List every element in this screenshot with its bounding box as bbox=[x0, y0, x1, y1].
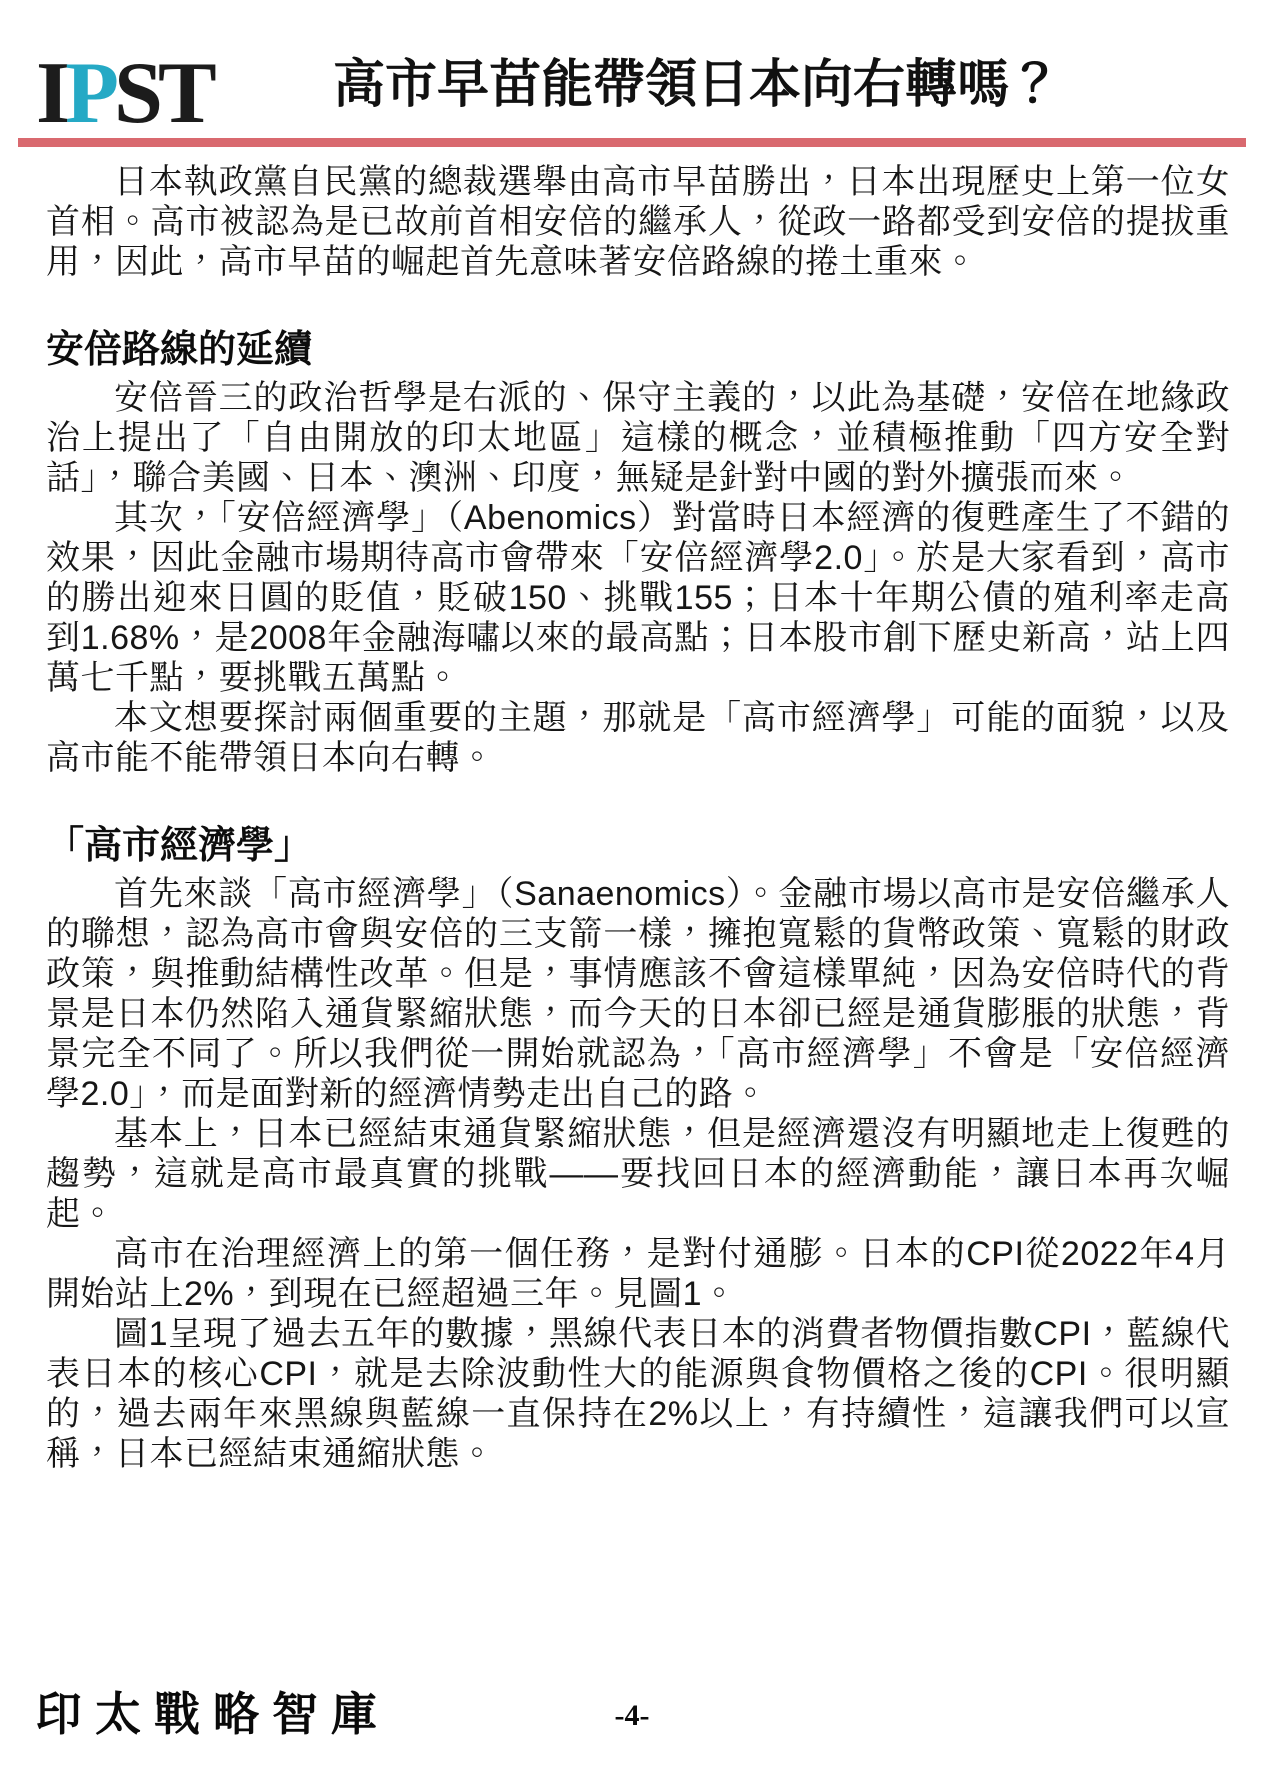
paragraph: 首先來談「高市經濟學」（Sanaenomics）。金融市場以高市是安倍繼承人的聯… bbox=[46, 874, 1230, 1114]
article-body: 日本執政黨自民黨的總裁選舉由高市早苗勝出，日本出現歷史上第一位女首相。高市被認為… bbox=[0, 138, 1264, 1474]
page-title: 高市早苗能帶領日本向右轉嗎？ bbox=[240, 56, 1154, 116]
page-footer: 印太戰略智庫 -4- bbox=[0, 1683, 1264, 1743]
section-heading-abe-line: 安倍路線的延續 bbox=[46, 328, 1230, 372]
section-heading-sanaenomics: 「高市經濟學」 bbox=[46, 824, 1230, 868]
logo-letter-s: S bbox=[114, 45, 158, 142]
paragraph: 本文想要探討兩個重要的主題，那就是「高市經濟學」可能的面貌，以及高市能不能帶領日… bbox=[46, 698, 1230, 778]
paragraph: 基本上，日本已經結束通貨緊縮狀態，但是經濟還沒有明顯地走上復甦的趨勢，這就是高市… bbox=[46, 1114, 1230, 1234]
page-header: IPST 高市早苗能帶領日本向右轉嗎？ bbox=[0, 0, 1264, 138]
logo-letter-i: I bbox=[36, 45, 65, 142]
paragraph: 其次，「安倍經濟學」（Abenomics）對當時日本經濟的復甦產生了不錯的效果，… bbox=[46, 498, 1230, 698]
page-number: -4- bbox=[0, 1699, 1264, 1733]
paragraph: 安倍晉三的政治哲學是右派的、保守主義的，以此為基礎，安倍在地緣政治上提出了「自由… bbox=[46, 378, 1230, 498]
intro-paragraph: 日本執政黨自民黨的總裁選舉由高市早苗勝出，日本出現歷史上第一位女首相。高市被認為… bbox=[46, 162, 1230, 282]
logo-letter-t: T bbox=[158, 45, 212, 142]
paragraph: 圖1呈現了過去五年的數據，黑線代表日本的消費者物價指數CPI，藍線代表日本的核心… bbox=[46, 1314, 1230, 1474]
paragraph: 高市在治理經濟上的第一個任務，是對付通膨。日本的CPI從2022年4月開始站上2… bbox=[46, 1234, 1230, 1314]
logo-letter-p: P bbox=[65, 45, 114, 142]
ipst-logo: IPST bbox=[36, 50, 212, 138]
title-container: 高市早苗能帶領日本向右轉嗎？ bbox=[240, 56, 1154, 116]
document-page: IPST 高市早苗能帶領日本向右轉嗎？ 日本執政黨自民黨的總裁選舉由高市早苗勝出… bbox=[0, 0, 1264, 1789]
